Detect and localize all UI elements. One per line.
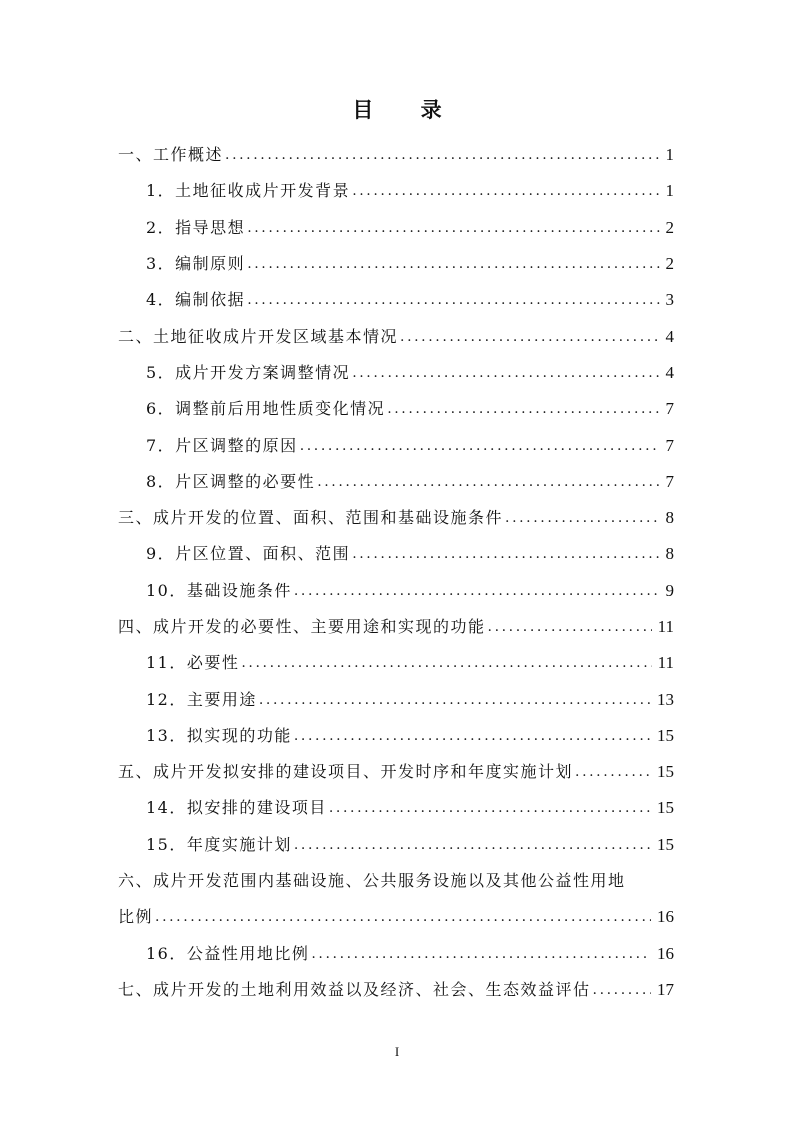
dot-leader — [247, 285, 659, 315]
toc-entry-item-7[interactable]: 7．片区调整的原因7 — [118, 427, 674, 463]
dot-leader — [505, 503, 659, 533]
toc-entry-label: 1．土地征收成片开发背景 — [146, 176, 352, 206]
dot-leader — [400, 322, 659, 352]
toc-entry-page: 3 — [660, 285, 675, 315]
toc-entry-page: 15 — [651, 721, 674, 751]
toc-entry-page: 8 — [660, 539, 675, 569]
page-number: I — [0, 1044, 794, 1060]
dot-leader — [329, 793, 651, 823]
dot-leader — [155, 902, 651, 932]
toc-entry-label: 六、成片开发范围内基础设施、公共服务设施以及其他公益性用地 — [118, 866, 628, 896]
toc-entry-label: 2．指导思想 — [146, 213, 247, 243]
toc-entry-item-13[interactable]: 13．拟实现的功能15 — [118, 718, 674, 754]
dot-leader — [387, 394, 659, 424]
toc-entry-page: 8 — [660, 503, 675, 533]
dot-leader — [488, 612, 652, 642]
toc-entry-label: 二、土地征收成片开发区域基本情况 — [118, 322, 400, 352]
toc-entry-page: 16 — [651, 902, 674, 932]
toc-entry-label: 七、成片开发的土地利用效益以及经济、社会、生态效益评估 — [118, 975, 593, 1005]
dot-leader — [352, 176, 659, 206]
toc-entry-section-4[interactable]: 四、成片开发的必要性、主要用途和实现的功能11 — [118, 609, 674, 645]
toc-entry-label: 8．片区调整的必要性 — [146, 467, 317, 497]
dot-leader — [247, 249, 659, 279]
toc-entry-page: 4 — [660, 358, 675, 388]
toc-entry-label: 14．拟安排的建设项目 — [146, 793, 329, 823]
toc-entry-label: 6．调整前后用地性质变化情况 — [146, 394, 387, 424]
toc-entry-label: 13．拟实现的功能 — [146, 721, 294, 751]
toc-entry-label: 五、成片开发拟安排的建设项目、开发时序和年度实施计划 — [118, 757, 575, 787]
toc-entry-page: 15 — [651, 830, 674, 860]
toc-entry-page: 1 — [660, 140, 675, 170]
toc-entry-label: 5．成片开发方案调整情况 — [146, 358, 352, 388]
toc-entry-item-11[interactable]: 11．必要性11 — [118, 645, 674, 681]
toc-entry-section-3[interactable]: 三、成片开发的位置、面积、范围和基础设施条件8 — [118, 500, 674, 536]
toc-entry-label: 10．基础设施条件 — [146, 576, 294, 606]
toc-entry-section-7[interactable]: 七、成片开发的土地利用效益以及经济、社会、生态效益评估17 — [118, 972, 674, 1008]
toc-entry-item-2[interactable]: 2．指导思想2 — [118, 210, 674, 246]
dot-leader — [300, 431, 660, 461]
toc-entry-item-14[interactable]: 14．拟安排的建设项目15 — [118, 790, 674, 826]
toc-entry-page: 15 — [651, 793, 674, 823]
toc-entry-item-9[interactable]: 9．片区位置、面积、范围8 — [118, 536, 674, 572]
toc-entry-section-5[interactable]: 五、成片开发拟安排的建设项目、开发时序和年度实施计划15 — [118, 754, 674, 790]
toc-entry-label: 7．片区调整的原因 — [146, 431, 300, 461]
toc-entry-label: 3．编制原则 — [146, 249, 247, 279]
toc-entry-label: 15．年度实施计划 — [146, 830, 294, 860]
toc-entry-page: 17 — [651, 975, 674, 1005]
toc-entry-page: 16 — [651, 939, 674, 969]
toc-entry-item-5[interactable]: 5．成片开发方案调整情况4 — [118, 355, 674, 391]
toc-entry-item-16[interactable]: 16．公益性用地比例16 — [118, 936, 674, 972]
toc-entry-page: 11 — [652, 612, 674, 642]
table-of-contents: 一、工作概述1 1．土地征收成片开发背景1 2．指导思想2 3．编制原则2 4．… — [118, 137, 674, 1008]
toc-entry-page: 1 — [660, 176, 675, 206]
toc-entry-label: 16．公益性用地比例 — [146, 939, 311, 969]
toc-entry-label: 4．编制依据 — [146, 285, 247, 315]
toc-entry-item-1[interactable]: 1．土地征收成片开发背景1 — [118, 173, 674, 209]
toc-entry-page: 15 — [651, 757, 674, 787]
dot-leader — [311, 939, 651, 969]
toc-entry-page: 9 — [660, 576, 675, 606]
dot-leader — [352, 539, 659, 569]
toc-entry-page: 7 — [660, 431, 675, 461]
toc-entry-page: 4 — [660, 322, 675, 352]
toc-entry-section-6[interactable]: 六、成片开发范围内基础设施、公共服务设施以及其他公益性用地 — [118, 863, 674, 899]
toc-entry-label: 一、工作概述 — [118, 140, 225, 170]
dot-leader — [247, 213, 659, 243]
toc-entry-item-10[interactable]: 10．基础设施条件9 — [118, 573, 674, 609]
toc-entry-label: 三、成片开发的位置、面积、范围和基础设施条件 — [118, 503, 505, 533]
toc-entry-label: 11．必要性 — [146, 648, 241, 678]
dot-leader — [575, 757, 651, 787]
dot-leader — [259, 685, 651, 715]
toc-entry-label: 比例 — [118, 902, 155, 932]
dot-leader — [352, 358, 659, 388]
toc-entry-section-2[interactable]: 二、土地征收成片开发区域基本情况4 — [118, 318, 674, 354]
dot-leader — [294, 721, 651, 751]
toc-entry-item-8[interactable]: 8．片区调整的必要性7 — [118, 464, 674, 500]
toc-entry-label: 9．片区位置、面积、范围 — [146, 539, 352, 569]
dot-leader — [317, 467, 659, 497]
toc-entry-section-1[interactable]: 一、工作概述1 — [118, 137, 674, 173]
toc-entry-item-6[interactable]: 6．调整前后用地性质变化情况7 — [118, 391, 674, 427]
toc-entry-section-6-continued[interactable]: 比例16 — [118, 899, 674, 935]
toc-entry-page: 11 — [652, 648, 674, 678]
toc-title: 目 录 — [0, 94, 794, 124]
toc-entry-page: 13 — [651, 685, 674, 715]
dot-leader — [294, 576, 660, 606]
dot-leader — [241, 648, 651, 678]
toc-entry-item-12[interactable]: 12．主要用途13 — [118, 681, 674, 717]
toc-entry-label: 四、成片开发的必要性、主要用途和实现的功能 — [118, 612, 488, 642]
toc-entry-page: 2 — [660, 249, 675, 279]
toc-entry-page: 7 — [660, 467, 675, 497]
toc-entry-page: 2 — [660, 213, 675, 243]
dot-leader — [225, 140, 659, 170]
toc-entry-label: 12．主要用途 — [146, 685, 259, 715]
dot-leader — [294, 830, 651, 860]
toc-entry-item-3[interactable]: 3．编制原则2 — [118, 246, 674, 282]
dot-leader — [593, 975, 651, 1005]
toc-entry-item-15[interactable]: 15．年度实施计划15 — [118, 827, 674, 863]
toc-entry-page: 7 — [660, 394, 675, 424]
toc-entry-item-4[interactable]: 4．编制依据3 — [118, 282, 674, 318]
